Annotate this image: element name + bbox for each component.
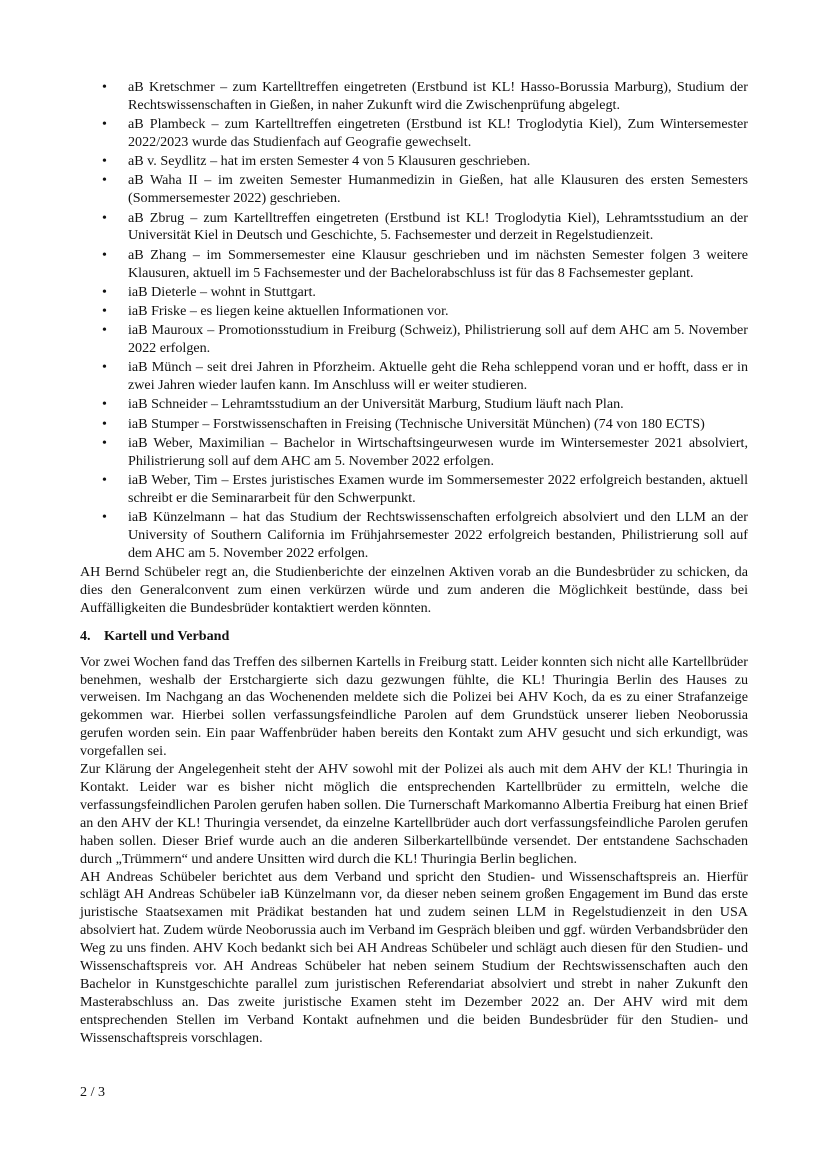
list-item: •aB Waha II – im zweiten Semester Humanm… — [80, 172, 748, 208]
bullet-icon: • — [102, 247, 107, 265]
bullet-icon: • — [102, 472, 107, 490]
paragraph-clarification: Zur Klärung der Angelegenheit steht der … — [80, 761, 748, 868]
bullet-icon: • — [102, 416, 107, 434]
list-item: •aB v. Seydlitz – hat im ersten Semester… — [80, 153, 748, 171]
paragraph-science-prize: AH Andreas Schübeler berichtet aus dem V… — [80, 869, 748, 1048]
list-item-text: iaB Dieterle – wohnt in Stuttgart. — [128, 284, 316, 300]
bullet-icon: • — [102, 396, 107, 414]
bullet-icon: • — [102, 153, 107, 171]
bullet-icon: • — [102, 172, 107, 190]
list-item-text: iaB Schneider – Lehramtsstudium an der U… — [128, 396, 624, 412]
document-page: •aB Kretschmer – zum Kartelltreffen eing… — [80, 79, 748, 1048]
list-item-text: iaB Weber, Maximilian – Bachelor in Wirt… — [128, 435, 748, 469]
list-item: •aB Zbrug – zum Kartelltreffen eingetret… — [80, 210, 748, 246]
list-item: •iaB Schneider – Lehramtsstudium an der … — [80, 396, 748, 414]
bullet-icon: • — [102, 303, 107, 321]
list-item: •aB Kretschmer – zum Kartelltreffen eing… — [80, 79, 748, 115]
list-item-text: aB Plambeck – zum Kartelltreffen eingetr… — [128, 116, 748, 150]
list-item: •iaB Mauroux – Promotionsstudium in Frei… — [80, 322, 748, 358]
section-number: 4. — [80, 628, 104, 646]
list-item-text: aB Kretschmer – zum Kartelltreffen einge… — [128, 79, 748, 113]
bullet-icon: • — [102, 79, 107, 97]
list-item-text: iaB Mauroux – Promotionsstudium in Freib… — [128, 322, 748, 356]
section-title: Kartell und Verband — [104, 628, 229, 644]
list-item-text: iaB Münch – seit drei Jahren in Pforzhei… — [128, 359, 748, 393]
list-item: •aB Plambeck – zum Kartelltreffen einget… — [80, 116, 748, 152]
list-item-text: iaB Friske – es liegen keine aktuellen I… — [128, 303, 449, 319]
list-item-text: aB Zhang – im Sommersemester eine Klausu… — [128, 247, 748, 281]
bullet-icon: • — [102, 435, 107, 453]
list-item: •iaB Stumper – Forstwissenschaften in Fr… — [80, 416, 748, 434]
list-item-text: aB v. Seydlitz – hat im ersten Semester … — [128, 153, 530, 169]
student-report-list: •aB Kretschmer – zum Kartelltreffen eing… — [80, 79, 748, 563]
bullet-icon: • — [102, 359, 107, 377]
list-item: •iaB Dieterle – wohnt in Stuttgart. — [80, 284, 748, 302]
list-item-text: aB Zbrug – zum Kartelltreffen eingetrete… — [128, 210, 748, 244]
list-item-text: iaB Weber, Tim – Erstes juristisches Exa… — [128, 472, 748, 506]
bullet-icon: • — [102, 210, 107, 228]
bullet-icon: • — [102, 322, 107, 340]
page-number: 2 / 3 — [80, 1084, 105, 1101]
paragraph-kartell-meeting: Vor zwei Wochen fand das Treffen des sil… — [80, 654, 748, 761]
list-item-text: iaB Stumper – Forstwissenschaften in Fre… — [128, 416, 705, 432]
bullet-icon: • — [102, 116, 107, 134]
list-item: •iaB Friske – es liegen keine aktuellen … — [80, 303, 748, 321]
bullet-icon: • — [102, 509, 107, 527]
list-item: •iaB Weber, Maximilian – Bachelor in Wir… — [80, 435, 748, 471]
list-item: •iaB Künzelmann – hat das Studium der Re… — [80, 509, 748, 563]
list-item-text: iaB Künzelmann – hat das Studium der Rec… — [128, 509, 748, 561]
paragraph-study-reports: AH Bernd Schübeler regt an, die Studienb… — [80, 564, 748, 618]
list-item: •aB Zhang – im Sommersemester eine Klaus… — [80, 247, 748, 283]
list-item-text: aB Waha II – im zweiten Semester Humanme… — [128, 172, 748, 206]
list-item: •iaB Weber, Tim – Erstes juristisches Ex… — [80, 472, 748, 508]
list-item: •iaB Münch – seit drei Jahren in Pforzhe… — [80, 359, 748, 395]
bullet-icon: • — [102, 284, 107, 302]
section-heading: 4.Kartell und Verband — [80, 628, 748, 646]
